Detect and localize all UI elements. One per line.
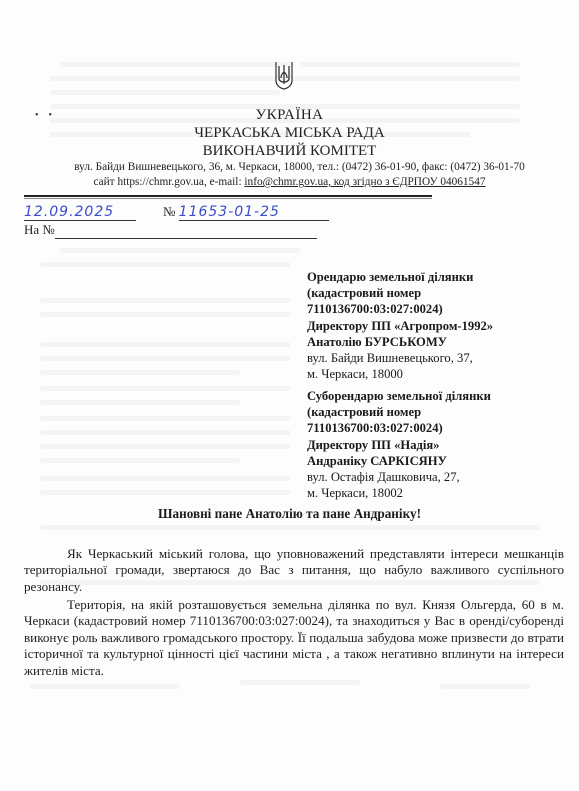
letterhead-council: ЧЕРКАСЬКА МІСЬКА РАДА (0, 125, 579, 142)
recipient-city: м. Черкаси, 18002 (307, 486, 403, 500)
recipient-role-line: Орендарю земельної ділянки (307, 270, 473, 284)
letterhead-divider (24, 195, 432, 197)
letterhead-committee: ВИКОНАВЧИЙ КОМІТЕТ (0, 143, 579, 160)
reply-to-number-field: На № (24, 222, 317, 239)
trident-emblem-icon (274, 60, 294, 90)
body-paragraph-1: Як Черкаський міський голова, що уповнов… (24, 546, 564, 595)
recipient-block-sublessee: Суборендарю земельної ділянки (кадастров… (307, 388, 491, 501)
outgoing-number-field: № 11653-01-25 (163, 204, 329, 221)
recipient-cadastral-number: 7110136700:03:027:0024) (307, 302, 443, 316)
recipient-name: Анатолію БУРСЬКОМУ (307, 335, 447, 349)
letterhead-country: УКРАЇНА (0, 107, 579, 124)
recipient-role-line: Суборендарю земельної ділянки (307, 389, 491, 403)
handwritten-number: 11653-01-25 (179, 204, 280, 220)
reply-number-blank (55, 222, 317, 239)
outgoing-date-field: 12.09.2025 (24, 204, 136, 221)
site-text: сайт https://chmr.gov.ua, e-mail: (93, 176, 244, 188)
recipient-name: Андраніку САРКІСЯНУ (307, 454, 447, 468)
letterhead-address: вул. Байди Вишневецького, 36, м. Черкаси… (10, 161, 579, 173)
reply-label: На № (24, 222, 55, 237)
letterhead-contacts: сайт https://chmr.gov.ua, e-mail: info@c… (0, 176, 579, 188)
email-and-edrpou[interactable]: info@chmr.gov.ua, код згідно з ЄДРПОУ 04… (244, 176, 485, 188)
letter-page: • • УКРАЇНА ЧЕРКАСЬКА МІСЬКА РАДА ВИКОНА… (0, 0, 579, 791)
salutation: Шановні пане Анатолію та пане Андраніку! (0, 506, 579, 522)
body-paragraph-2: Територія, на якій розташовується земель… (24, 597, 564, 679)
recipient-cadastral-number: 7110136700:03:027:0024) (307, 421, 443, 435)
recipient-role-line: (кадастровий номер (307, 286, 421, 300)
number-label: № (163, 204, 175, 219)
letterhead-divider-thin (24, 198, 432, 199)
recipient-company: Директору ПП «Надія» (307, 438, 439, 452)
recipient-city: м. Черкаси, 18000 (307, 367, 403, 381)
recipient-street: вул. Остафія Дашковича, 27, (307, 470, 460, 484)
recipient-street: вул. Байди Вишневецького, 37, (307, 351, 473, 365)
recipient-block-lessee: Орендарю земельної ділянки (кадастровий … (307, 269, 493, 382)
recipient-company: Директору ПП «Агропром-1992» (307, 319, 493, 333)
recipient-role-line: (кадастровий номер (307, 405, 421, 419)
handwritten-date: 12.09.2025 (24, 204, 114, 220)
